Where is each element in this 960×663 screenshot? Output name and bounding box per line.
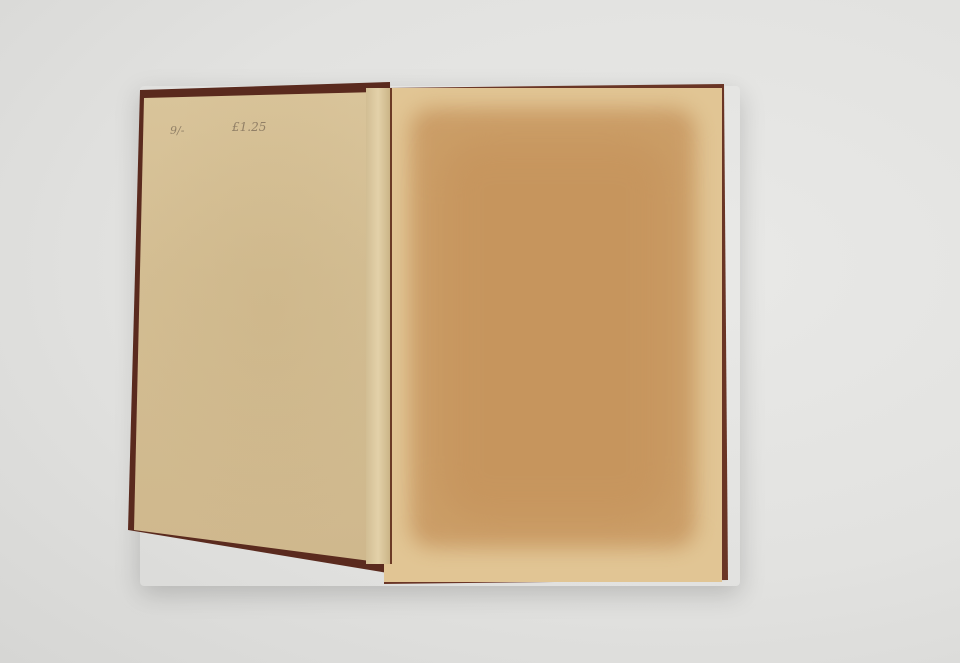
- front-pastedown-endpaper: [134, 90, 378, 562]
- pencil-price-annotation: £1.25: [232, 120, 266, 134]
- photo-scene: 9/- £1.25: [0, 0, 960, 663]
- book-hinge: [366, 88, 392, 564]
- foxing-stain-core: [440, 140, 670, 520]
- pencil-annotation: 9/-: [170, 124, 184, 137]
